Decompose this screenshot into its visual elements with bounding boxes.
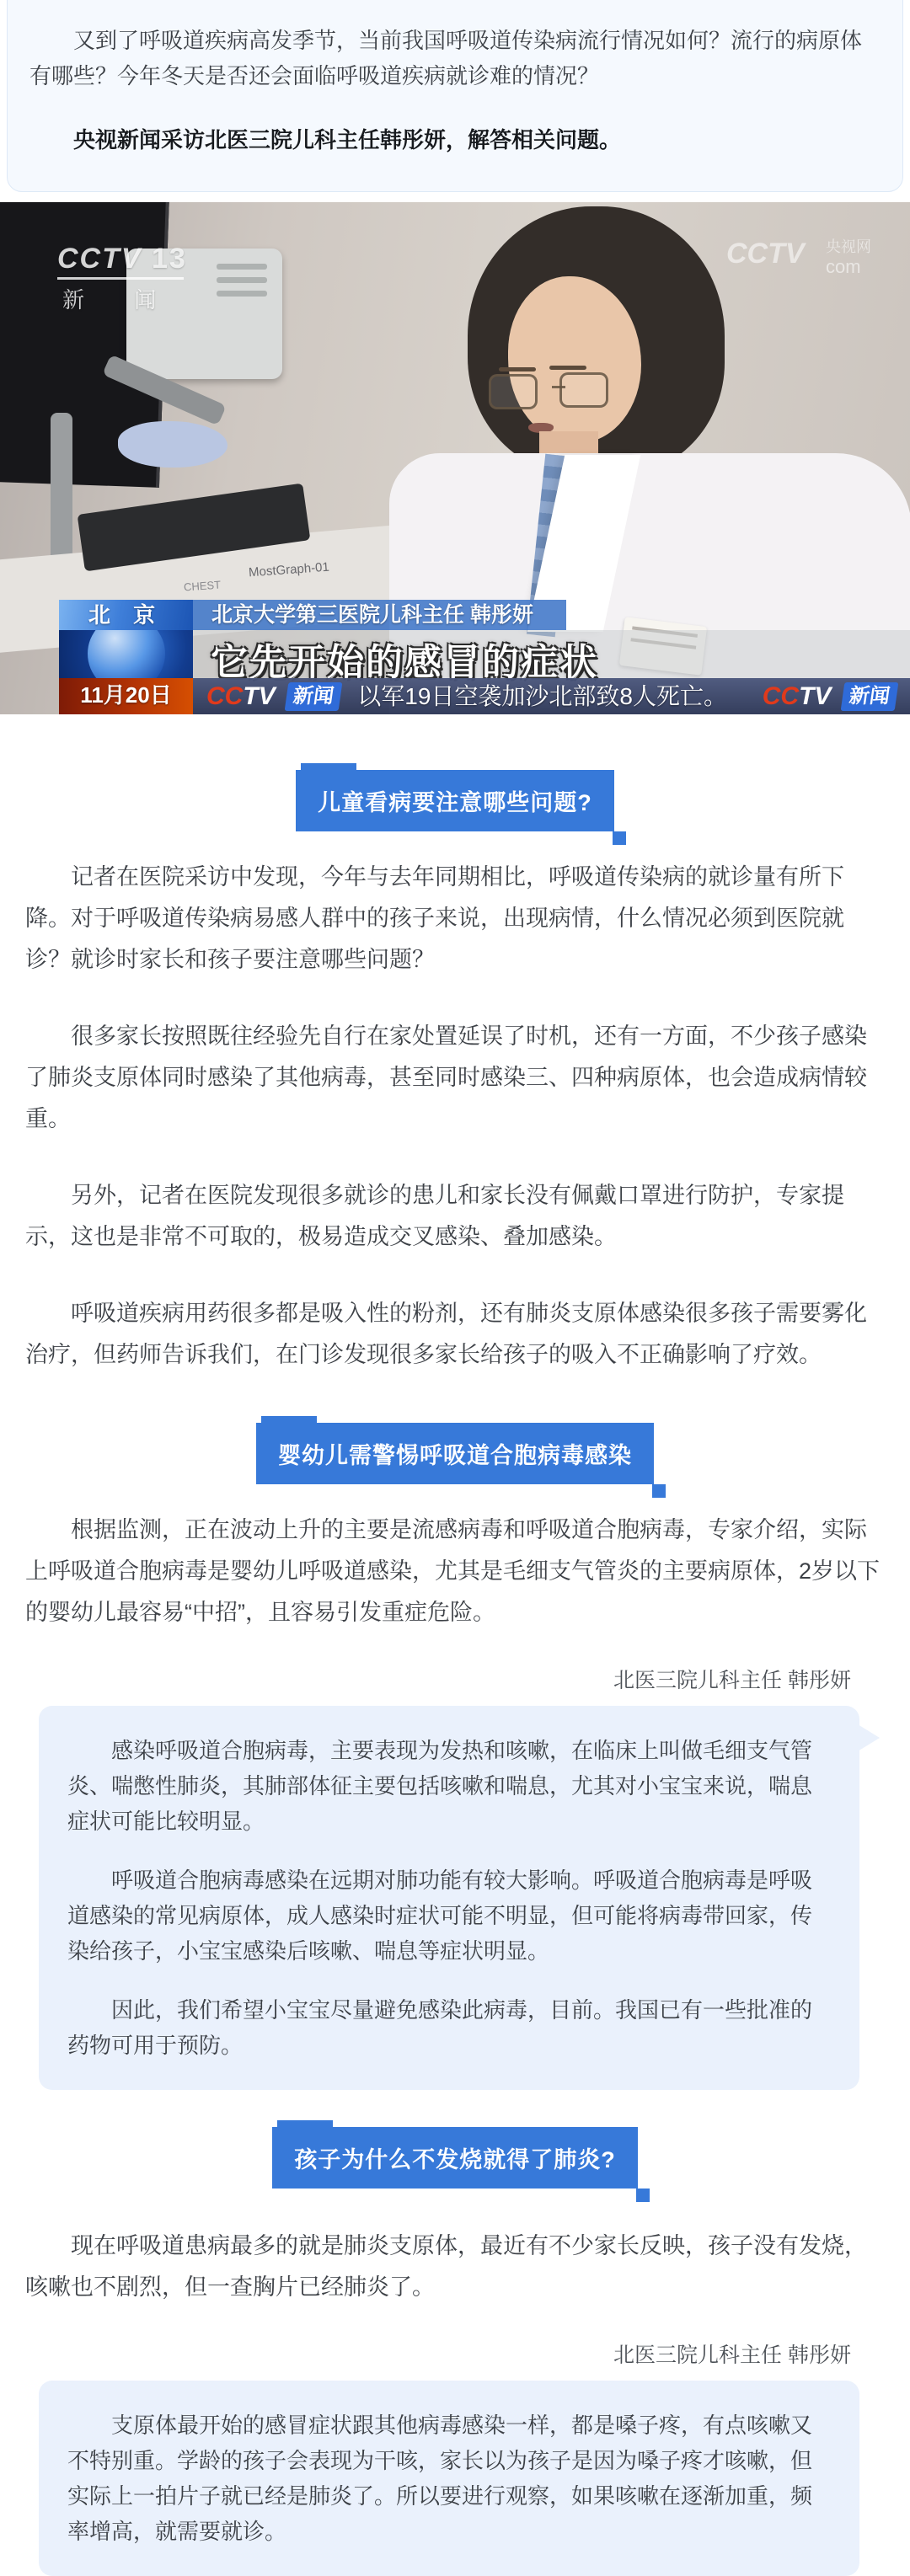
article-body-2: 孩子为什么不发烧就得了肺炎? 现在呼吸道患病最多的就是肺炎支原体，最近有不少家长…: [0, 2127, 910, 2369]
heading-dash-decoration: [261, 1416, 317, 1423]
quote-attribution: 北医三院儿科主任 韩彤妍: [25, 1664, 885, 1694]
blue-cloth-shape: [118, 421, 227, 468]
quote-paragraph: 感染呼吸道合胞病毒，主要表现为发热和咳嗽，在临床上叫做毛细支气管炎、喘憋性肺炎，…: [67, 1733, 831, 1839]
glasses-right-lens: [559, 372, 608, 408]
orange-swoosh-icon: [59, 630, 190, 678]
quote-paragraph: 呼吸道合胞病毒感染在远期对肺功能有较大影响。呼吸道合胞病毒是呼吸道感染的常见病原…: [67, 1863, 831, 1969]
heading-corner-decoration: [613, 831, 626, 845]
cctv13-sub-label: 新 闻: [57, 283, 187, 314]
paragraph: 很多家长按照既往经验先自行在家处置延误了时机，还有一方面，不少孩子感染了肺炎支原…: [25, 1016, 885, 1140]
cctvcom-logo-text: CCTV: [726, 238, 805, 270]
section-heading-3: 孩子为什么不发烧就得了肺炎?: [272, 2127, 638, 2189]
heading-dash-decoration: [301, 763, 356, 770]
paragraph: 现在呼吸道患病最多的就是肺炎支原体，最近有不少家长反映，孩子没有发烧，咳嗽也不剧…: [25, 2226, 885, 2308]
lower-third-row1: 北 京 北京大学第三医院儿科主任 韩彤妍: [0, 600, 910, 630]
intro-paragraph: 又到了呼吸道疾病高发季节，当前我国呼吸道传染病流行情况如何？流行的病原体有哪些？…: [29, 23, 881, 94]
intro-card: 又到了呼吸道疾病高发季节，当前我国呼吸道传染病流行情况如何？流行的病原体有哪些？…: [7, 0, 903, 192]
channel-number: 13: [152, 243, 187, 275]
cctvcom-com-label: com: [826, 258, 871, 276]
video-frame[interactable]: CHEST MostGraph-01 CCTV 13 新 闻 CCTV 央视网 …: [0, 202, 910, 714]
paragraph: 另外，记者在医院发现很多就诊的患儿和家长没有佩戴口罩进行防护，专家提示，这也是非…: [25, 1175, 885, 1258]
cctv-globe-logo: [59, 630, 193, 678]
news-ticker: CCTV 新闻 以军19日空袭加沙北部致8人死亡。 CCTV 新闻 以军: [193, 678, 910, 714]
paragraph: 记者在医院采访中发现，今年与去年同期相比，呼吸道传染病的就诊量有所下降。对于呼吸…: [25, 857, 885, 981]
quote-card: 感染呼吸道合胞病毒，主要表现为发热和咳嗽，在临床上叫做毛细支气管炎、喘憋性肺炎，…: [39, 1706, 859, 2090]
cctvcom-watermark: CCTV 央视网 com: [726, 239, 871, 276]
quote-paragraph: 因此，我们希望小宝宝尽量避免感染此病毒，目前。我国已有一些批准的药物可用于预防。: [67, 1992, 831, 2063]
speaker-title-bar: 北京大学第三医院儿科主任 韩彤妍: [193, 600, 566, 630]
cctv-ticker-logo-2: CCTV: [763, 682, 832, 710]
quote-card: 支原体最开始的感冒症状跟其他病毒感染一样，都是嗓子疼，有点咳嗽又不特别重。学龄的…: [39, 2381, 859, 2576]
paragraph: 呼吸道疾病用药很多都是吸入性的粉剂，还有肺炎支原体感染很多孩子需要雾化治疗，但药…: [25, 1293, 885, 1376]
heading-corner-decoration: [636, 2189, 650, 2202]
section-heading-1: 儿童看病要注意哪些问题?: [296, 770, 614, 831]
glasses-bridge: [552, 386, 565, 388]
section-heading-2: 婴幼儿需警惕呼吸道合胞病毒感染: [256, 1423, 654, 1484]
doctor-eyebrow: [499, 367, 536, 371]
doctor-eyebrow: [549, 366, 586, 370]
quote-paragraph: 支原体最开始的感冒症状跟其他病毒感染一样，都是嗓子疼，有点咳嗽又不特别重。学龄的…: [67, 2408, 831, 2549]
quote-tail-decoration: [858, 1724, 880, 1751]
paragraph: 根据监测，正在波动上升的主要是流感病毒和呼吸道合胞病毒，专家介绍，实际上呼吸道合…: [25, 1510, 885, 1633]
cctv-ticker-logo: CCTV: [206, 682, 276, 710]
lower-third-row3: CCTV 新闻 以军19日空袭加沙北部致8人死亡。 CCTV 新闻 以军 11月…: [0, 678, 910, 714]
intro-paragraph-bold: 央视新闻采访北医三院儿科主任韩彤妍，解答相关问题。: [29, 122, 881, 158]
heading-dash-decoration: [277, 2120, 333, 2127]
cctv-logo-text: CCTV: [57, 243, 142, 275]
cctvcom-cn-label: 央视网: [826, 239, 871, 254]
cctv13-watermark: CCTV 13 新 闻: [57, 243, 187, 314]
device-stand-shape: [51, 413, 72, 564]
article-body: 儿童看病要注意哪些问题? 记者在医院采访中发现，今年与去年同期相比，呼吸道传染病…: [0, 770, 910, 1694]
article-page: 又到了呼吸道疾病高发季节，当前我国呼吸道传染病流行情况如何？流行的病原体有哪些？…: [0, 0, 910, 2576]
date-time-box: 11月20日09:54: [59, 678, 193, 714]
equipment-brand-label: CHEST: [184, 578, 222, 593]
ticker-headline: 以军19日空袭加沙北部致8人死亡。: [357, 683, 727, 709]
lower-third-row2: 它先开始的感冒的症状: [0, 630, 910, 678]
news-badge-2: 新闻: [841, 682, 899, 711]
quote-attribution: 北医三院儿科主任 韩彤妍: [25, 2338, 885, 2369]
glasses-left-lens: [489, 374, 538, 409]
news-badge: 新闻: [285, 682, 343, 711]
heading-corner-decoration: [652, 1484, 666, 1498]
location-badge: 北 京: [59, 600, 193, 630]
